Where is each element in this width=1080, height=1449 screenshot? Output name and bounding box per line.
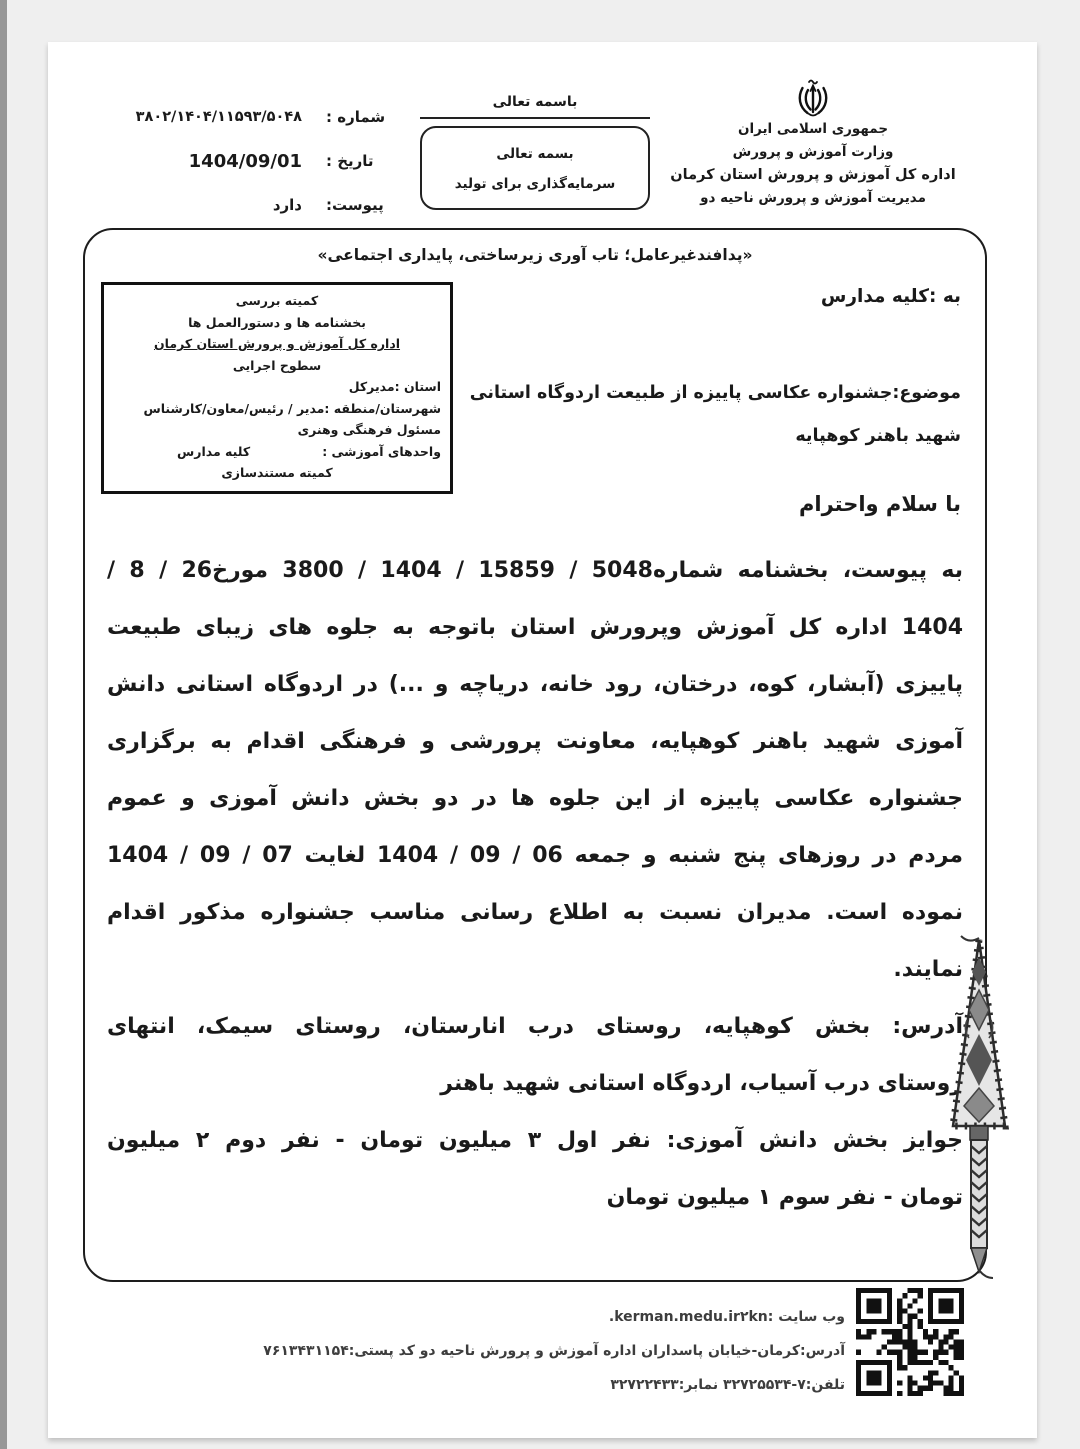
body-line: جشنواره عکاسی پاییزه از این جلوه ها در د… <box>107 770 963 827</box>
number-value: ۳۸۰۲/۱۴۰۴/۱۱۵۹۳/۵۰۴۸ <box>68 109 302 125</box>
letterhead-department: اداره کل آموزش و پرورش استان کرمان <box>648 164 978 187</box>
subject-line: موضوع:جشنواره عکاسی پاییزه از طبیعت اردو… <box>470 372 961 458</box>
salutation: با سلام واحترام <box>799 492 961 516</box>
spear-ornament-icon <box>941 924 1017 1280</box>
letter-frame: «پدافندغیرعامل؛ تاب آوری زیرساختی، پایدا… <box>83 228 987 1282</box>
screen-edge-strip <box>0 0 7 1449</box>
footer-contact: وب سایت :.kerman.medu.ir۲kn آدرس:کرمان-خ… <box>263 1300 845 1402</box>
letterhead: جمهوری اسلامی ایران وزارت آموزش و پرورش … <box>648 76 978 210</box>
screenshot-canvas: جمهوری اسلامی ایران وزارت آموزش و پرورش … <box>0 0 1080 1449</box>
footer-address-line: آدرس:کرمان-خیابان پاسداران اداره آموزش و… <box>263 1334 845 1368</box>
committee-line: کمیته مستندسازی <box>113 462 441 484</box>
body-line: مردم در روزهای پنج شنبه و جمعه 06 / 09 /… <box>107 827 963 884</box>
letterhead-country: جمهوری اسلامی ایران <box>648 118 978 141</box>
basmala-box-line2: سرمایه‌گذاری برای تولید <box>426 176 644 192</box>
recipient-line: به :کلیه مدارس <box>821 286 961 307</box>
letterhead-district: مدیریت آموزش و پرورش ناحیه دو <box>648 187 978 210</box>
footer-website-line: وب سایت :.kerman.medu.ir۲kn <box>263 1300 845 1334</box>
footer-phone-line: تلفن:۷-۳۲۷۲۵۵۳۴ نمابر:۳۲۷۲۲۴۳۳ <box>263 1368 845 1402</box>
committee-line: بخشنامه ها و دستورالعمل ها <box>113 312 441 334</box>
date-label: تاریخ : <box>326 152 406 170</box>
committee-line: سطوح اجرایی <box>113 355 441 377</box>
date-value: 1404/09/01 <box>68 151 302 172</box>
iran-emblem-icon <box>648 76 978 118</box>
committee-units-value: کلیه مدارس <box>177 441 250 463</box>
website-value: .kerman.medu.ir۲kn <box>609 1309 768 1325</box>
attachment-label: پیوست: <box>326 196 406 214</box>
committee-units-row: واحدهای آموزشی : کلیه مدارس <box>113 441 441 463</box>
body-line: جوایز بخش دانش آموزی: نفر اول ۳ میلیون ت… <box>107 1112 963 1169</box>
subject-line-2: شهید باهنر کوهپایه <box>470 415 961 458</box>
letterhead-ministry: وزارت آموزش و پرورش <box>648 141 978 164</box>
body-line: 1404 اداره کل آموزش وپرورش استان باتوجه … <box>107 599 963 656</box>
letter-meta: شماره : ۳۸۰۲/۱۴۰۴/۱۱۵۹۳/۵۰۴۸ تاریخ : 140… <box>68 95 406 227</box>
body-line: نموده است. مدیران نسبت به اطلاع رسانی من… <box>107 884 963 941</box>
basmala-stamp: باسمه تعالی بسمه تعالی سرمایه‌گذاری برای… <box>420 94 650 210</box>
basmala-box-line1: بسمه تعالی <box>426 146 644 162</box>
committee-line: استان :مدیرکل <box>113 376 441 398</box>
qr-code <box>856 1288 964 1396</box>
meta-attachment-row: پیوست: دارد <box>68 183 406 227</box>
body-line: آدرس: بخش کوهپایه، روستای درب انارستان، … <box>107 998 963 1055</box>
attachment-value: دارد <box>68 196 302 214</box>
passive-defense-slogan: «پدافندغیرعامل؛ تاب آوری زیرساختی، پایدا… <box>85 246 985 264</box>
body-text: به پیوست، بخشنامه شماره5048 / 15859 / 14… <box>107 542 963 1226</box>
body-line: روستای درب آسیاب، اردوگاه استانی شهید با… <box>107 1055 963 1112</box>
body-line: به پیوست، بخشنامه شماره5048 / 15859 / 14… <box>107 542 963 599</box>
year-slogan-box: بسمه تعالی سرمایه‌گذاری برای تولید <box>420 126 650 210</box>
body-line: تومان - نفر سوم ۱ میلیون تومان <box>107 1169 963 1226</box>
body-line: آموزی شهید باهنر کوهپایه، معاونت پرورشی … <box>107 713 963 770</box>
committee-units-label: واحدهای آموزشی : <box>322 441 441 463</box>
body-line: نمایند. <box>107 941 963 998</box>
body-line: پاییزی (آبشار، کوه، درختان، رود خانه، در… <box>107 656 963 713</box>
subject-line-1: موضوع:جشنواره عکاسی پاییزه از طبیعت اردو… <box>470 372 961 415</box>
meta-date-row: تاریخ : 1404/09/01 <box>68 139 406 183</box>
number-label: شماره : <box>326 108 406 126</box>
committee-line: شهرستان/منطقه :مدیر / رئیس/معاون/کارشناس… <box>113 398 441 441</box>
committee-box: کمیته بررسی بخشنامه ها و دستورالعمل ها ا… <box>101 282 453 494</box>
basmala-top: باسمه تعالی <box>420 94 650 119</box>
meta-number-row: شماره : ۳۸۰۲/۱۴۰۴/۱۱۵۹۳/۵۰۴۸ <box>68 95 406 139</box>
committee-line: کمیته بررسی <box>113 290 441 312</box>
committee-line: اداره کل آموزش و پرورش استان کرمان <box>113 333 441 355</box>
letter-page: جمهوری اسلامی ایران وزارت آموزش و پرورش … <box>48 42 1037 1438</box>
website-label: وب سایت : <box>768 1309 845 1325</box>
